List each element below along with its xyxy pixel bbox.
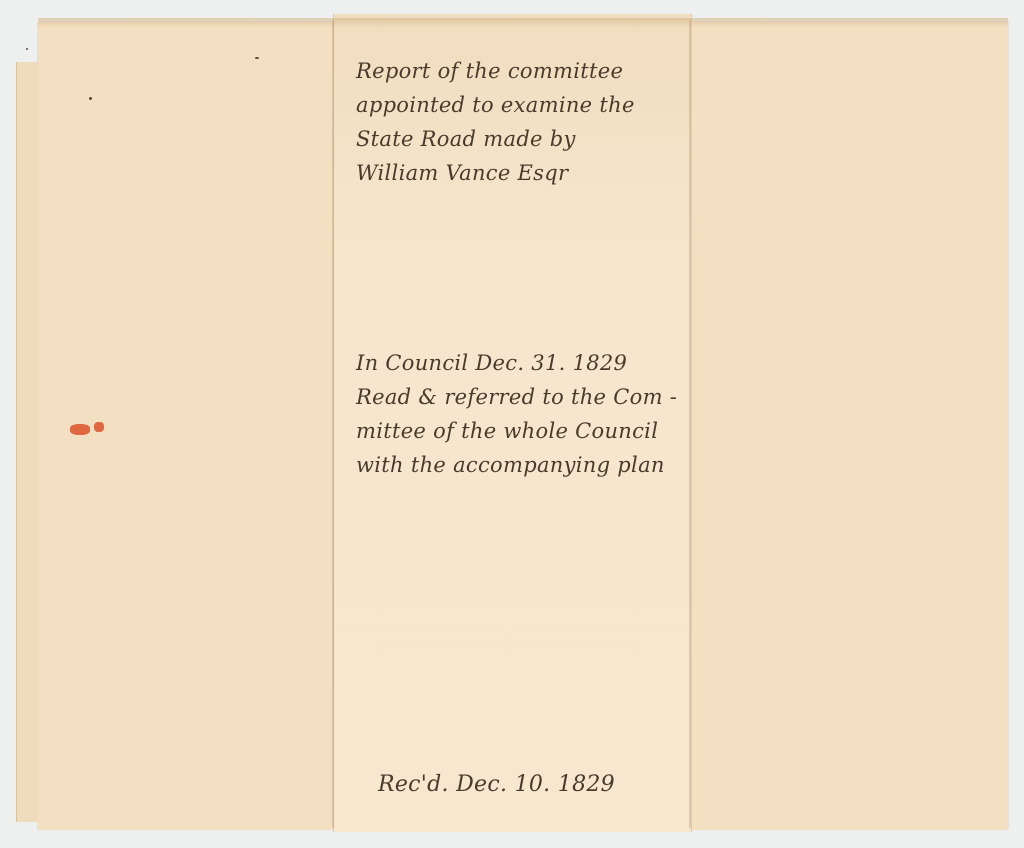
council-line-3: mittee of the whole Council: [356, 414, 677, 448]
title-line-1: Report of the committee: [356, 54, 635, 88]
title-line-2: appointed to examine the: [356, 88, 635, 122]
fold-line-left: [332, 20, 334, 828]
red-seal-remnant: [70, 422, 110, 436]
ink-speck: [26, 48, 28, 50]
ink-speck: [255, 57, 259, 59]
ink-speck: [89, 97, 92, 100]
council-line-4: with the accompanying plan: [356, 448, 677, 482]
right-fold-panel: [690, 24, 1008, 830]
torn-top-edge: [38, 18, 1008, 28]
fold-line-right: [689, 20, 691, 828]
council-line-2: Read & referred to the Com -: [356, 380, 677, 414]
title-line-4: William Vance Esqr: [356, 156, 635, 190]
council-note: In Council Dec. 31. 1829 Read & referred…: [356, 346, 677, 482]
received-date-note: Rec'd. Dec. 10. 1829: [378, 768, 615, 802]
council-line-1: In Council Dec. 31. 1829: [356, 346, 677, 380]
title-line-3: State Road made by: [356, 122, 635, 156]
docket-title: Report of the committee appointed to exa…: [356, 54, 635, 190]
